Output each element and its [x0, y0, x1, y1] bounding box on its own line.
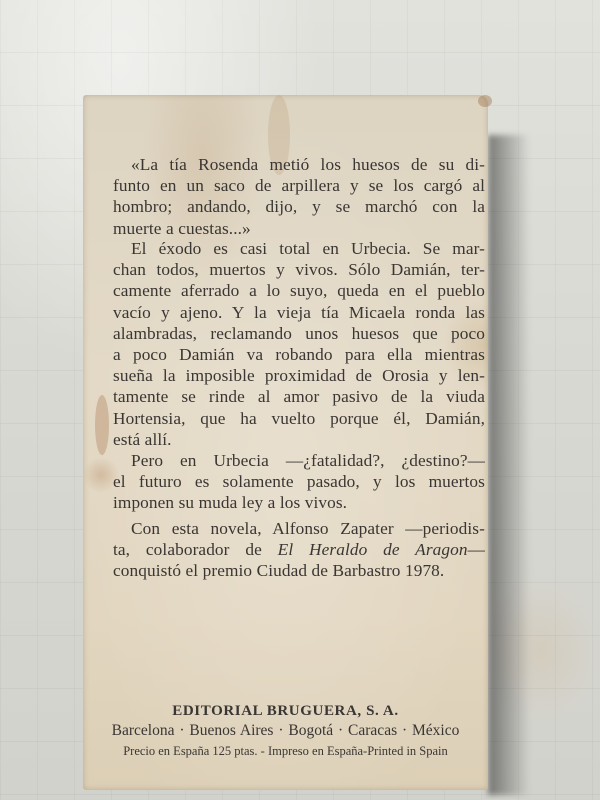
synopsis-line: el futuro es solamente pasado, y los mue…	[113, 471, 485, 492]
author-note-line: ta, colaborador de El Heraldo de Aragon—	[113, 539, 485, 560]
synopsis-line: está allí.	[113, 429, 485, 450]
publisher-name: EDITORIAL BRUGUERA, S. A.	[83, 703, 488, 720]
water-stain	[478, 95, 492, 107]
synopsis-line: Pero en Urbecia —¿fatalidad?, ¿destino?—	[113, 450, 485, 471]
synopsis-line: a poco Damián va robando para ella mient…	[113, 344, 485, 365]
author-note-line: conquistó el premio Ciudad de Barbastro …	[113, 560, 485, 581]
synopsis-line: chan todos, muertos y vivos. Sólo Damián…	[113, 259, 485, 280]
blurb-paragraph-synopsis: El éxodo es casi total en Urbecia. Se ma…	[113, 238, 485, 514]
blurb-quote: «La tía Rosenda metió los huesos de su d…	[113, 154, 485, 239]
author-note-dash: —	[468, 540, 485, 559]
synopsis-line: El éxodo es casi total en Urbecia. Se ma…	[113, 238, 485, 259]
synopsis-line: imponen su muda ley a los vivos.	[113, 492, 485, 513]
synopsis-line: vacío y ajeno. Y la vieja tía Micaela ro…	[113, 302, 485, 323]
quote-line: «La tía Rosenda metió los huesos de su d…	[113, 154, 485, 175]
price-line: Precio en España 125 ptas. - Impreso en …	[83, 744, 488, 759]
quote-line: hombro; andando, dijo, y se marchó con l…	[113, 196, 485, 217]
newspaper-title: El Heraldo de Aragon	[278, 540, 468, 559]
quote-line: funto en un saco de arpillera y se los c…	[113, 175, 485, 196]
publisher-cities: Barcelona · Buenos Aires · Bogotá · Cara…	[83, 722, 488, 740]
synopsis-line: sueña la imposible proximidad de Orosia …	[113, 365, 485, 386]
author-note-line: Con esta novela, Alfonso Zapater —period…	[113, 518, 485, 539]
synopsis-line: alambradas, reclamando unos huesos que p…	[113, 323, 485, 344]
synopsis-line: Hortensia, que ha vuelto porque él, Dami…	[113, 408, 485, 429]
author-note-text: ta, colaborador de	[113, 540, 278, 559]
water-stain	[95, 395, 109, 455]
author-note: Con esta novela, Alfonso Zapater —period…	[113, 518, 485, 582]
synopsis-line: tamente se rinde al amor pasivo de la vi…	[113, 386, 485, 407]
quote-line: muerte a cuestas...»	[113, 218, 485, 239]
book-shadow	[488, 135, 530, 795]
synopsis-line: camente aferrado a lo suyo, queda en el …	[113, 280, 485, 301]
